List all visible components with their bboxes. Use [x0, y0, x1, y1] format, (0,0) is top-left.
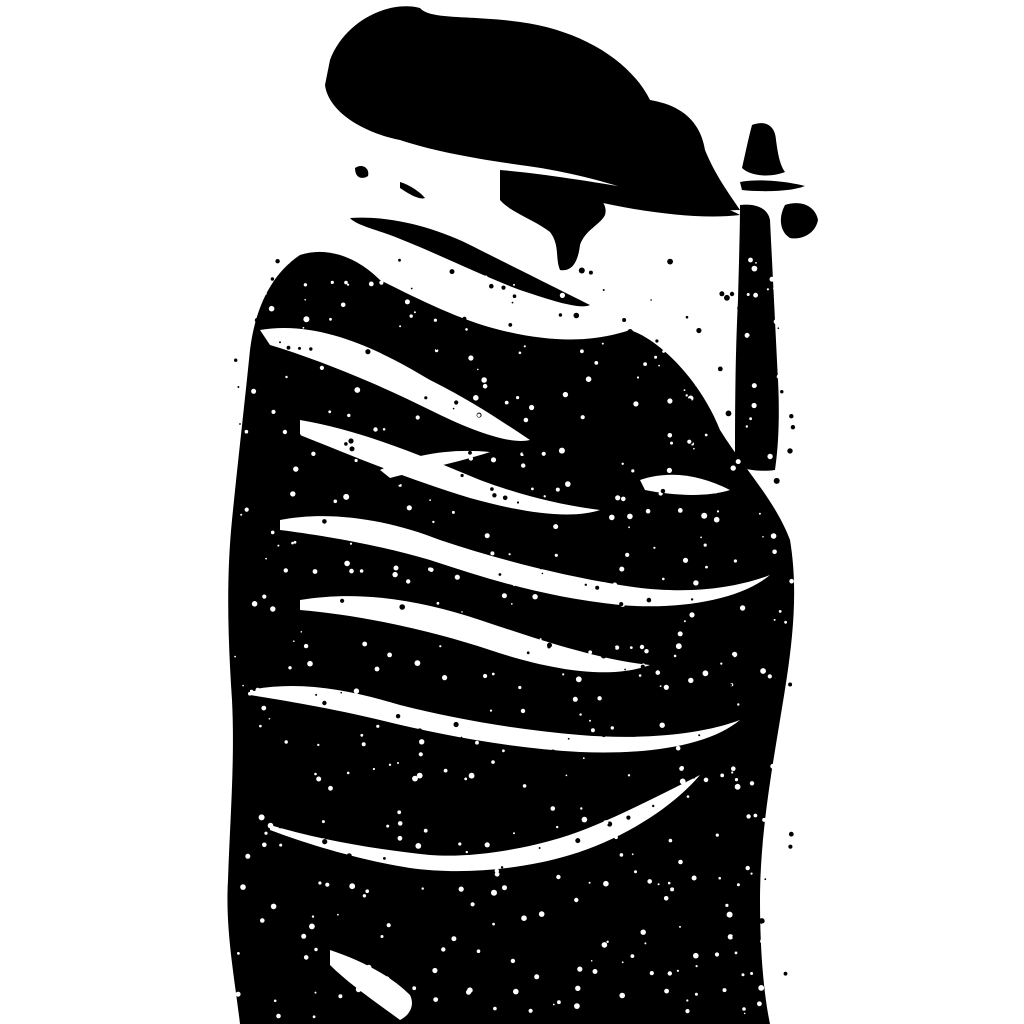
- threshold-figure-image: [0, 0, 1024, 1024]
- figure-illustration: [0, 0, 1024, 1024]
